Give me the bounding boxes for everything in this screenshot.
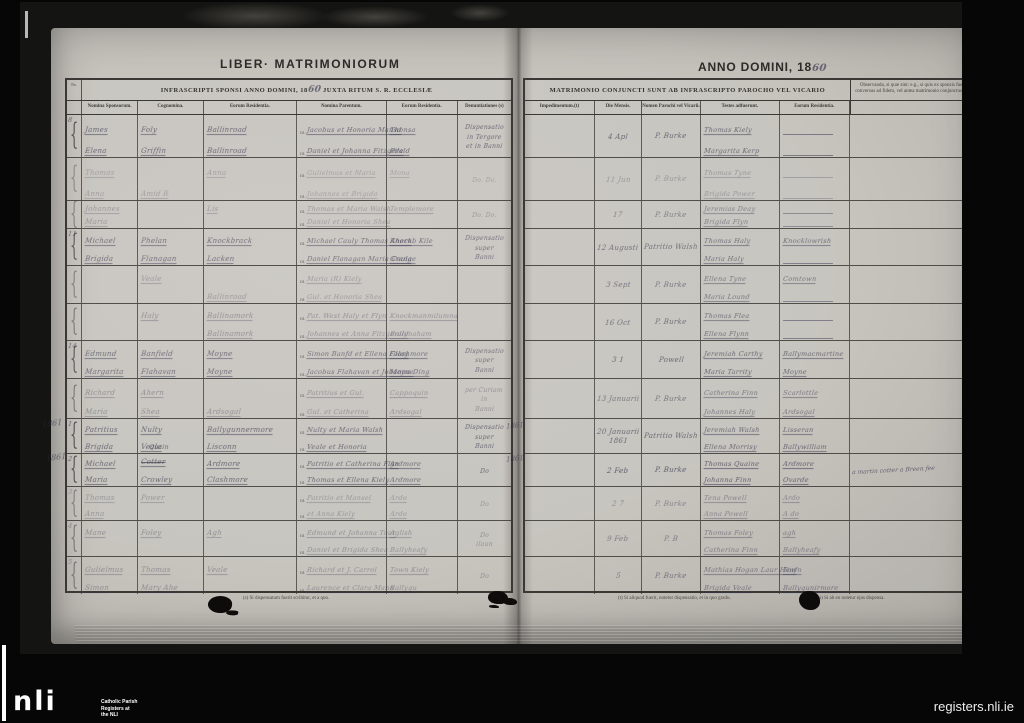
parents-residence-cell: Templemore [387,201,458,228]
denuntiationes-cell [458,304,511,340]
handwritten-text: Templemore [389,205,434,214]
handwritten-text: Moyne [782,368,807,377]
entry-line: Thomas [82,487,137,504]
entry-cell: BallinamorkBallinamork [204,304,297,340]
die-line: 11 Jun [606,175,631,184]
handwritten-text: Ballinroad [206,126,247,135]
handwritten-text: Thomas et Maria Walsh [307,205,392,214]
right-table-footnote-t: (t) Si aliquod fuerit, notetur dispensat… [618,596,731,601]
handwritten-text: Ballywilliam [782,443,827,452]
parents-residence-cell: KnockmanmilumnaBallynaham [387,304,458,340]
observanda-cell: a martin cotter a Breen fee [850,454,962,486]
die-mensis-cell: 4 Apl [595,115,642,157]
handwritten-text: 20 Januarii [596,428,639,436]
printed-filius-prefix: fil. [300,297,305,302]
testes-cell: Thomas HalyMaria Haly [701,229,780,265]
denuntiationes-cell: Do [458,454,511,486]
entry-line [780,158,849,179]
handwritten-text: Mona [389,169,410,178]
entry-line: Maria Tarrity [701,360,779,379]
die-mensis-cell: 9 Feb [595,521,642,556]
parents-cell: fil.Maria (R) Kielyfil.Gul. et Honoria S… [297,266,387,303]
residentia-cell: ArdoA do [780,487,850,520]
entry-number-cell: 8{ [67,115,82,157]
entry-cell: JamesElena [82,115,138,157]
entry-line: Ballinroad [204,115,296,136]
handwritten-text: Maria (R) Kiely [307,275,363,284]
entry-cell: NultyVeale [138,419,204,453]
anno-domini-year-handwritten: 60 [812,65,828,73]
handwritten-text: Thomas Foley [703,529,753,538]
entry-line: Agh [204,521,296,539]
handwritten-text: Lacken [206,255,235,264]
entry-line: Ardmore [387,470,457,486]
denuntiatio-line: Dispensatio [458,122,511,132]
handwritten-text: Foley [140,529,162,538]
entry-line: Anna Powell [701,504,779,521]
entry-line: Margarita Kerp [701,136,779,157]
entry-line: fil.Laurence et Clara Mann [297,576,386,595]
handwritten-text: Thomas [85,169,116,178]
handwritten-text: Ballygunnermore [206,426,273,435]
entry-line: Maria [82,470,137,486]
handwritten-text: Laurence et Clara Mann [307,584,395,593]
observanda-cell [850,115,962,157]
entry-line: Ovarde [780,470,849,486]
entry-line: fil.Daniel et Johanna Fitzgerald [297,136,386,157]
no-column-spacer [67,101,82,114]
handwritten-text: Gul. et Catherina [307,408,370,417]
printed-filius-prefix: fil. [300,447,305,452]
entry-line: Ardsogal [780,399,849,419]
denuntiationes-cell: Doilaun [458,521,511,556]
entry-number-cell: 11{ [67,229,82,265]
entry-line [780,115,849,136]
entry-line [204,539,296,557]
entry-brace-glyph: { [70,453,78,488]
entry-line [780,136,849,157]
denuntiatio-line: Banni [458,404,511,414]
denuntiationes-cell: Do [458,487,511,520]
entry-line: fil.Edmund et Johanna Tour [297,521,386,539]
handwritten-text: Gulielmus et Maria [307,169,377,178]
entry-line: Brigida [82,436,137,453]
handwritten-text: super [475,246,495,253]
ink-blot [488,591,508,604]
entry-line: fil.Daniel et Honoria Shea [297,215,386,229]
entry-line: Grange [387,247,457,265]
entry-line: Richard [82,379,137,399]
entry-line: Johanna Finn [701,470,779,486]
denuntiatio-line: Do. Do. [458,210,511,220]
entry-brace-glyph: { [70,486,78,521]
no-column-header: No. [67,80,82,100]
printed-filius-prefix: fil. [300,173,305,178]
parents-cell: fil.Gulielmus et Mariafil.Johannes et Br… [297,158,387,200]
die-mensis-cell: 20 Januarii1861 [595,419,642,453]
anno-domini-printed: ANNO DOMINI, 18 [698,60,812,74]
entry-line: Ballinamork [204,304,296,322]
marriage-record-row-group: 17P. BurkeJeremias DeayBrigida Flyn [525,201,962,229]
handwritten-text: Do. Do. [472,213,497,220]
printed-filius-prefix: fil. [300,430,305,435]
handwritten-text: super [475,358,495,365]
printed-filius-prefix: fil. [300,464,305,469]
handwritten-text: P. Burke [655,466,688,474]
residentia-cell: Knocklowrish [780,229,850,265]
handwritten-text: Mary Ahe [140,584,178,593]
entry-line: Ardo [780,487,849,504]
blank-rule-line [783,295,833,302]
entry-line: agh [780,521,849,539]
residentia-cell: ScarlottleArdsogal [780,379,850,418]
observanda-cell [850,304,962,340]
parochus-cell: P. Burke [642,304,701,340]
printed-filius-prefix: fil. [300,498,305,503]
observanda-cell [850,557,962,594]
entry-line: fil.Johannes et Brigida [297,179,386,200]
entry-line [780,247,849,265]
handwritten-text: Maria Tarrity [703,368,752,377]
marriage-entry-row-group: 2{MichaelMariaQuainCotterCrowleyArdmoreC… [67,454,511,487]
photo-smudge [320,6,430,28]
residentia-cell [780,158,850,200]
entry-line: Haly [138,304,203,322]
entry-line: fil.Jacobus Flahavan et Johanna Ding [297,360,386,379]
nli-logo-bar [2,645,6,721]
handwritten-text: Banfield [140,350,173,359]
entry-line: fil.Daniel et Brigida Shea [297,539,386,557]
testes-cell: Thomas QuaineJohanna Finn [701,454,780,486]
column-header-nomina-parentum: Nomina Parentum. [297,101,387,114]
entry-line: Pile [387,136,457,157]
entry-line: Shea [138,399,203,419]
entry-number-cell: 3{ [67,487,82,520]
entry-cell: RichardMaria [82,379,138,418]
handwritten-text: Ellena Tyne [703,275,746,284]
handwritten-text: Do [479,574,489,581]
denuntiationes-cell [458,266,511,303]
right-table-footnote-u: (u) Si ab eo notetur ejus dispensa. [817,596,885,601]
entry-line: Ardmore [204,454,296,470]
printed-filius-prefix: fil. [300,354,305,359]
marriage-entry-row-group: 3{ThomasAnnaPowerfil.Patritio et Manself… [67,487,511,521]
printed-filius-prefix: fil. [300,222,305,227]
handwritten-text: Flanagan [140,255,177,264]
handwritten-text: Johannes et Brigida [307,190,379,199]
page-edges [75,625,962,643]
entry-line: Griffin [138,136,203,157]
handwritten-text: super [475,435,495,442]
blank-rule-line [783,332,833,339]
handwritten-text: Pile [389,147,404,156]
entry-line: Town Kiely [387,557,457,576]
right-table-body: 4 AplP. BurkeThomas KielyMargarita Kerp1… [525,115,962,594]
handwritten-text: per Curiam [465,388,503,395]
entry-line: Simon [82,576,137,595]
parochus-cell: P. Burke [642,557,701,594]
entry-line: fil.Thomas et Ellena Kiely [297,470,386,486]
handwritten-text: 16 Oct [605,319,631,327]
handwritten-text: Margarita Kerp [703,147,760,156]
denuntiationes-cell: Do [458,557,511,594]
printed-filius-prefix: fil. [300,533,305,538]
entry-line: Thomas [138,557,203,576]
nli-logo: nli [13,688,57,715]
testes-cell: Jeremiah WalshEllena Morrisy [701,419,780,453]
handwritten-text: Pat. West Haly et Flyn [307,312,388,321]
entry-cell: BanfieldFlahavan [138,341,204,378]
entry-cell: Veale [138,266,204,303]
parochus-cell: P. Burke [642,158,701,200]
denuntiatio-line: in Tergore [458,132,511,142]
entry-cell: BallygunnermoreLisconn [204,419,297,453]
observanda-cell [850,341,962,378]
parents-residence-cell [387,266,458,303]
handwritten-text: Banni [474,255,494,262]
handwritten-text: Do [479,469,489,476]
entry-line: fil.Gulielmus et Maria [297,158,386,179]
handwritten-text: P. Burke [655,318,688,326]
printed-filius-prefix: fil. [300,209,305,214]
parochus-cell: Patritio Walsh [642,419,701,453]
entry-cell: KnockbrackLacken [204,229,297,265]
handwritten-text: James [85,126,109,135]
column-header-nomina-sponsorum: Nomina Sponsorum. [82,101,138,114]
denuntiatio-line: Do [458,571,511,581]
residentia-cell [780,115,850,157]
handwritten-text: Jeremias Deay [703,205,756,214]
entry-line: Brigida Power [701,179,779,200]
entry-line: Margarita [82,360,137,379]
parents-cell: fil.Patritius et Gul.fil.Gul. et Catheri… [297,379,387,418]
handwritten-text: 9 Feb [607,535,629,543]
handwritten-text: Ardsogal [206,408,241,417]
denuntiationes-cell: Dispensatioin Tergoreet in Banni [458,115,511,157]
entry-line: Anna [82,504,137,521]
entry-cell [204,487,297,520]
entry-cell: Mane [82,521,138,556]
entry-brace-glyph: { [70,197,78,232]
entry-line: Foley [138,521,203,539]
denuntiatio-line: per Curiam [458,385,511,395]
printed-filius-prefix: fil. [300,194,305,199]
ink-blot [799,591,820,610]
entry-line: Clashmore [204,470,296,486]
entry-line: Ardmore [387,454,457,470]
left-table-footnote: (s) Si dispensatum fuerit scribitur, et … [243,596,329,601]
die-line: 20 Januarii [597,427,639,436]
entry-line: fil.Pat. West Haly et Flyn [297,304,386,322]
entry-line: Ardsogal [204,399,296,419]
handwritten-text: Do [479,502,489,509]
denuntiatio-line: Banni [458,252,511,262]
entry-number-cell: 1{ [67,419,82,453]
entry-brace-glyph: { [70,230,78,265]
denuntiatio-line: Dispensatio [458,233,511,243]
handwritten-text: Mane [85,529,107,538]
handwritten-text: in Tergore [467,135,502,142]
nli-logo-caption: Catholic Parish Registers at the NLI [101,699,137,719]
die-line: 16 Oct [605,318,630,327]
entry-cell: GulielmusSimon [82,557,138,594]
marriage-record-row-group: 4 AplP. BurkeThomas KielyMargarita Kerp [525,115,962,158]
parochus-cell: P. Burke [642,454,701,486]
parents-residence-cell: ThonsaPile [387,115,458,157]
entry-line [204,487,296,504]
entry-line: Maria Lound [701,285,779,304]
printed-filius-prefix: fil. [300,412,305,417]
handwritten-text: Flahavan [140,368,176,377]
marriage-record-row-group: 16 OctP. BurkeThomas FleaEllena Flynn [525,304,962,341]
entry-brace-glyph: { [70,419,78,454]
entry-line: Moyne [204,341,296,360]
handwritten-text: Nulty [140,426,162,435]
testes-cell: Jeremiah CarthyMaria Tarrity [701,341,780,378]
handwritten-text: Brigida Flyn [703,218,748,227]
handwritten-text: Ballinroad [206,147,247,156]
blank-rule-line [783,128,833,135]
entry-line: fil.Thomas et Maria Walsh [297,201,386,215]
entry-line: Tena Powell [701,487,779,504]
entry-cell: QuainCotterCrowley [138,454,204,486]
entry-line [82,322,137,340]
entry-line: Town [780,557,849,576]
handwritten-text: Cappoquin [389,389,429,398]
handwritten-text: Jeremiah Carthy [703,350,763,359]
entry-brace-glyph: { [70,162,78,197]
entry-line [780,322,849,340]
entry-line: Maria [82,215,137,229]
handwritten-text: Amid R [140,190,169,199]
denuntiatio-line: ilaun [458,539,511,549]
entry-line [138,504,203,521]
die-mensis-cell: 12 Augusti [595,229,642,265]
printed-filius-prefix: fil. [300,259,305,264]
handwritten-text: Anna [85,190,106,199]
entry-cell: PatritiusBrigida [82,419,138,453]
entry-line [138,158,203,179]
handwritten-text: Dispensatio [464,236,504,243]
handwritten-text: Knockbrack [206,237,252,246]
blank-rule-line [783,149,833,156]
handwritten-text: Patritio et Mansel [307,494,372,503]
handwritten-text: Margarita [85,368,125,377]
entry-line: Scarlottle [780,379,849,399]
entry-cell: ThomasAnna [82,487,138,520]
parents-residence-cell: Knockb KileGrange [387,229,458,265]
entry-line: Ballyheafy [387,539,457,557]
parents-cell: fil.Patritio et Manselfil.et Anna Kiely [297,487,387,520]
entry-line: fil.Michael Cauly Thomas Ahern [297,229,386,247]
handwritten-text: Maria [85,408,109,417]
printed-filius-prefix: fil. [300,514,305,519]
denuntiatio-line: Do [458,499,511,509]
entry-line: fil.Gul. et Honoria Shea [297,285,386,304]
parochus-cell: P. Burke [642,379,701,418]
impedimentum-cell [525,266,595,303]
handwritten-text: Quain [149,444,170,452]
die-mensis-cell: 2 Feb [595,454,642,486]
handwritten-text: P. Burke [655,132,688,140]
entry-line: Jeremiah Carthy [701,341,779,360]
entry-line: Flanagan [138,247,203,265]
entry-line [387,436,457,453]
residentia-cell: aghBallyheafy [780,521,850,556]
entry-line: James [82,115,137,136]
parochus-cell: P. Burke [642,487,701,520]
handwritten-text: 5 [615,572,621,580]
entry-line [138,322,203,340]
printed-filius-prefix: fil. [300,151,305,156]
entry-line [780,179,849,200]
handwritten-text: Johannes Haly [703,408,756,417]
handwritten-text: Ballyheafy [389,546,428,555]
entry-cell: EdmundMargarita [82,341,138,378]
handwritten-text: Power [140,494,165,503]
denuntiatio-line: Banni [458,441,511,451]
entry-line: Moyne [387,360,457,379]
blank-rule-line [783,171,833,178]
handwritten-text: Ardo [389,510,407,519]
handwritten-text: Thomas [85,494,116,503]
handwritten-text: Powell [658,356,684,364]
printed-filius-prefix: fil. [300,393,305,398]
impedimentum-cell [525,201,595,228]
left-page-book-title: LIBER· MATRIMONIORUM [220,57,400,71]
entry-line: Cappoquin [387,379,457,399]
column-header-eorum-residentia: Eorum Residentia. [204,101,297,114]
impedimentum-cell [525,115,595,157]
entry-line: Knockbrack [204,229,296,247]
marriage-entry-row-group: {JohannesMariaLisfil.Thomas et Maria Wal… [67,201,511,229]
column-header-eorum-residentia-2: Eorum Residentia. [387,101,458,114]
entry-line: Ballymacmartine [780,341,849,360]
entry-line [204,504,296,521]
handwritten-text: 13 Januarii [596,395,639,403]
handwritten-text: Ardmore [206,460,240,469]
testes-cell: Jeremias DeayBrigida Flyn [701,201,780,228]
parochus-cell: P. Burke [642,201,701,228]
handwritten-text: et in Banni [466,144,503,151]
entry-line [204,215,296,229]
handwritten-text: Ballyqu [389,584,417,593]
handwritten-text: Thomas [140,566,171,575]
entry-cell: Foley [138,521,204,556]
handwritten-text: et Anna Kiely [307,510,356,519]
impedimentum-cell [525,419,595,453]
entry-number-cell: { [67,266,82,303]
left-title-year-handwritten: 60 [307,86,321,94]
column-header-testes: Testes adfuerunt. [701,101,780,114]
corrected-text: QuainCotter [141,451,166,469]
handwritten-text: 3 1 [612,356,625,364]
handwritten-text: Simon [85,584,110,593]
handwritten-text: Ballinamork [206,312,254,321]
entry-cell: Ardsogal [204,379,297,418]
parochus-cell: P. Burke [642,266,701,303]
residentia-cell [780,201,850,228]
entry-line: fil.Gul. et Catherina [297,399,386,419]
entry-line: Ballyqu [387,576,457,595]
handwritten-text: Grange [389,255,416,264]
printed-filius-prefix: fil. [300,588,305,593]
entry-line: Anna [204,158,296,179]
entry-cell: PhelanFlanagan [138,229,204,265]
entry-line: Thomas Quaine [701,454,779,470]
printed-filius-prefix: fil. [300,316,305,321]
handwritten-text: Brigida [85,255,114,264]
